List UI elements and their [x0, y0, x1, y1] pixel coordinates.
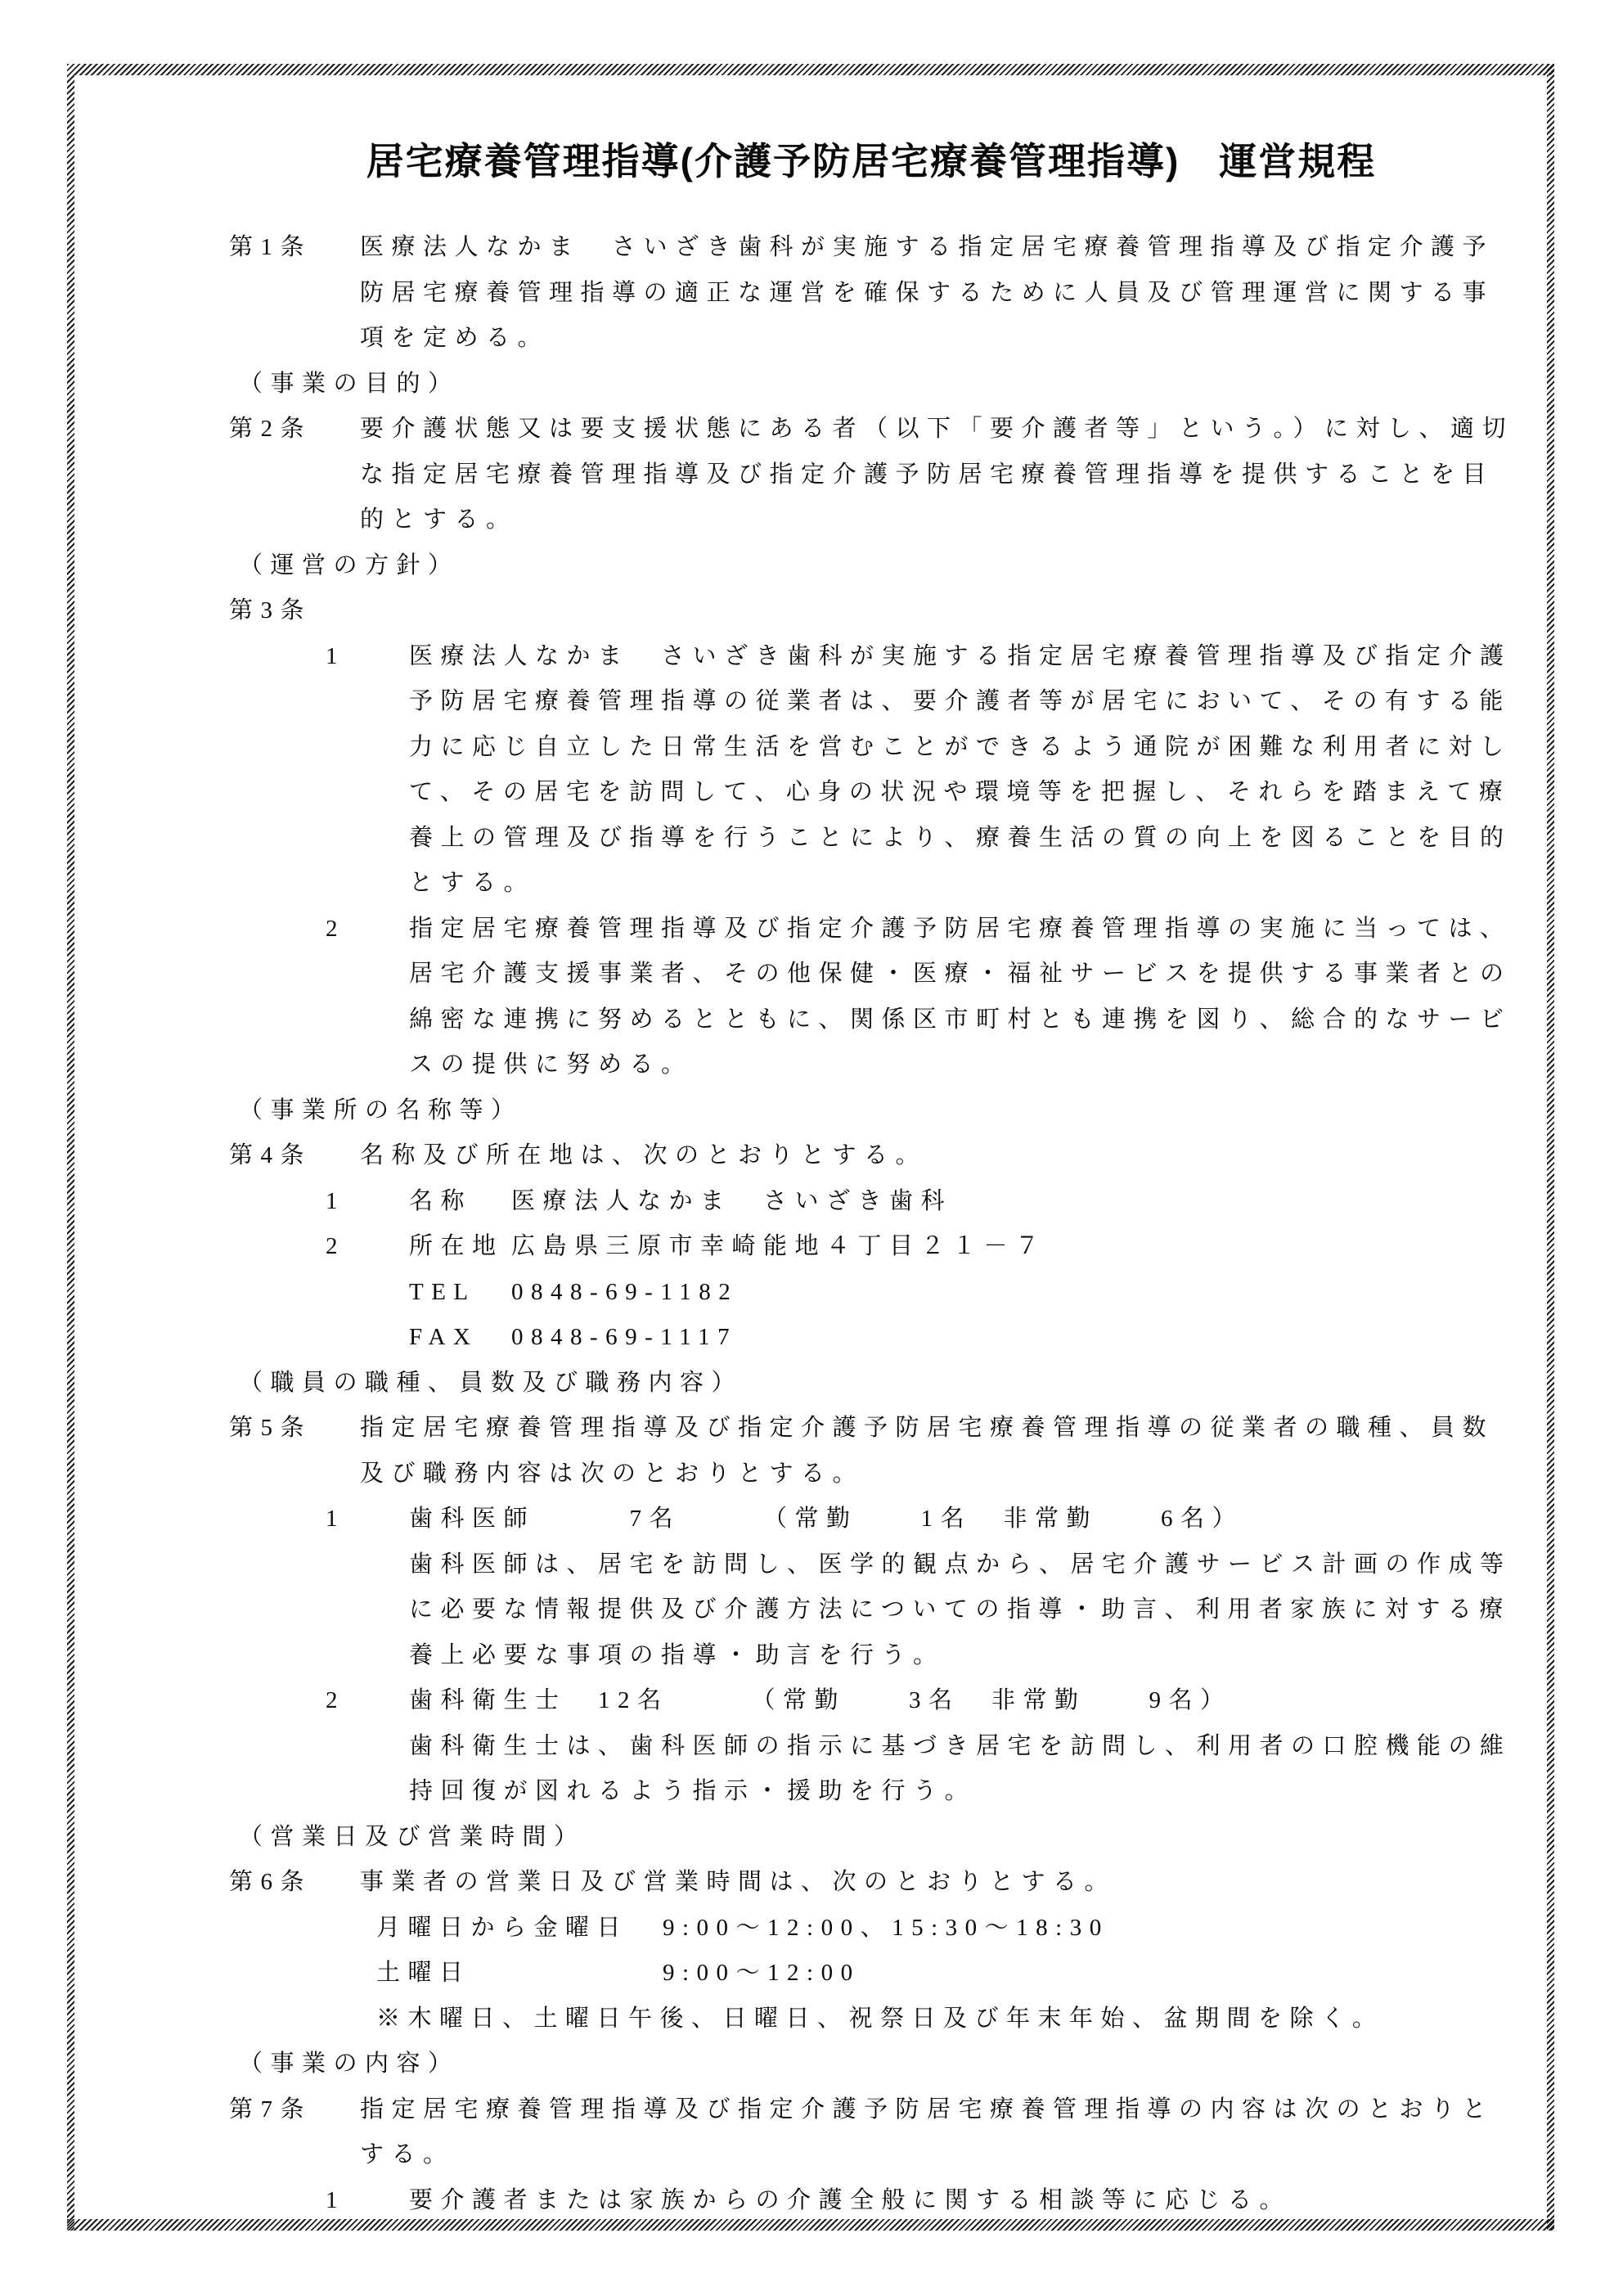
item-body-text: 歯科医師は、居宅を訪問し、医学的観点から、居宅介護サービス計画の作成等に必要な情…	[409, 1551, 1512, 1668]
article-number: 第5条	[229, 1406, 312, 1452]
item-number: 1	[326, 634, 409, 680]
kv-label: TEL	[409, 1270, 511, 1316]
block-item-body: 歯科衛生士は、歯科医師の指示に基づき居宅を訪問し、利用者の口腔機能の維持回復が図…	[229, 1724, 1513, 1815]
page-border-right	[1547, 64, 1554, 2231]
article-text: 医療法人なかま さいざき歯科が実施する指定居宅療養管理指導及び指定介護予防居宅療…	[360, 234, 1494, 351]
block-item-body: 歯科医師は、居宅を訪問し、医学的観点から、居宅介護サービス計画の作成等に必要な情…	[229, 1542, 1513, 1679]
block-article: 第2条要介護状態又は要支援状態にある者（以下「要介護者等」という。）に対し、適切…	[229, 407, 1513, 543]
schedule-hours: 9:00～12:00	[663, 1951, 1513, 1997]
block-item: 2指定居宅療養管理指導及び指定介護予防居宅療養管理指導の実施に当っては、居宅介護…	[229, 907, 1513, 1088]
block-article: 第5条指定居宅療養管理指導及び指定介護予防居宅療養管理指導の従業者の職種、員数及…	[229, 1406, 1513, 1497]
item-number: 1	[326, 1179, 409, 1225]
article-number: 第2条	[229, 407, 312, 452]
page: 居宅療養管理指導(介護予防居宅療養管理指導) 運営規程 第1条医療法人なかま さ…	[0, 0, 1623, 2296]
schedule-day-label: 月曜日から金曜日	[376, 1906, 663, 1952]
item-text: 要介護者または家族からの介護全般に関する相談等に応じる。	[409, 2178, 1513, 2224]
kv-label: 所在地	[409, 1224, 511, 1270]
article-number: 第6条	[229, 1860, 312, 1906]
page-border-left	[67, 64, 74, 2231]
block-note: ※木曜日、土曜日午後、日曜日、祝祭日及び年末年始、盆期間を除く。	[229, 1997, 1513, 2042]
block-heading: （事業所の名称等）	[229, 1088, 1513, 1134]
article-text: 名称及び所在地は、次のとおりとする。	[360, 1142, 927, 1168]
block-kv: FAX0848-69-1117	[229, 1315, 1513, 1361]
item-text: 歯科衛生士 12名 （常勤 3名 非常勤 9名）	[409, 1678, 1513, 1724]
section-heading-text: （事業の内容）	[239, 2051, 460, 2077]
item-number: 1	[326, 1497, 409, 1542]
block-kv: 2所在地広島県三原市幸崎能地４丁目２１－７	[229, 1224, 1513, 1270]
document-title: 居宅療養管理指導(介護予防居宅療養管理指導) 運営規程	[229, 138, 1513, 184]
block-heading: （事業の内容）	[229, 2042, 1513, 2087]
article-text: 要介護状態又は要支援状態にある者（以下「要介護者等」という。）に対し、適切な指定…	[360, 416, 1513, 533]
document-body: 第1条医療法人なかま さいざき歯科が実施する指定居宅療養管理指導及び指定介護予防…	[229, 225, 1513, 2223]
item-number: 2	[326, 1678, 409, 1724]
kv-value: 広島県三原市幸崎能地４丁目２１－７	[511, 1224, 1513, 1270]
block-item: 1歯科医師 7名 （常勤 1名 非常勤 6名）	[229, 1497, 1513, 1542]
section-heading-text: （事業所の名称等）	[239, 1097, 523, 1123]
block-kv: TEL0848-69-1182	[229, 1270, 1513, 1316]
item-number: 1	[326, 2178, 409, 2224]
block-item: 1医療法人なかま さいざき歯科が実施する指定居宅療養管理指導及び指定介護予防居宅…	[229, 634, 1513, 907]
section-heading-text: （運営の方針）	[239, 552, 460, 579]
block-schedule: 月曜日から金曜日9:00～12:00、15:30～18:30	[229, 1906, 1513, 1952]
article-text: 指定居宅療養管理指導及び指定介護予防居宅療養管理指導の内容は次のとおりとする。	[360, 2096, 1494, 2168]
block-heading: （職員の職種、員数及び職務内容）	[229, 1361, 1513, 1407]
block-schedule: 土曜日9:00～12:00	[229, 1951, 1513, 1997]
block-item: 2歯科衛生士 12名 （常勤 3名 非常勤 9名）	[229, 1678, 1513, 1724]
page-border-top	[67, 64, 1554, 75]
block-article: 第4条名称及び所在地は、次のとおりとする。	[229, 1133, 1513, 1179]
kv-value: 医療法人なかま さいざき歯科	[511, 1179, 1513, 1225]
schedule-day-label: 土曜日	[376, 1951, 663, 1997]
block-heading: （運営の方針）	[229, 543, 1513, 589]
section-heading-text: （事業の目的）	[239, 371, 460, 397]
block-article: 第7条指定居宅療養管理指導及び指定介護予防居宅療養管理指導の内容は次のとおりとす…	[229, 2087, 1513, 2178]
kv-label: 名称	[409, 1179, 511, 1225]
block-article: 第6条事業者の営業日及び営業時間は、次のとおりとする。	[229, 1860, 1513, 1906]
article-text: 指定居宅療養管理指導及び指定介護予防居宅療養管理指導の従業者の職種、員数及び職務…	[360, 1415, 1494, 1487]
item-text: 医療法人なかま さいざき歯科が実施する指定居宅療養管理指導及び指定介護予防居宅療…	[409, 634, 1513, 907]
block-kv: 1名称医療法人なかま さいざき歯科	[229, 1179, 1513, 1225]
article-number: 第4条	[229, 1133, 312, 1179]
item-text: 歯科医師 7名 （常勤 1名 非常勤 6名）	[409, 1497, 1513, 1542]
kv-label: FAX	[409, 1315, 511, 1361]
note-text: ※木曜日、土曜日午後、日曜日、祝祭日及び年末年始、盆期間を除く。	[376, 2006, 1383, 2032]
block-article: 第1条医療法人なかま さいざき歯科が実施する指定居宅療養管理指導及び指定介護予防…	[229, 225, 1513, 362]
block-heading: （営業日及び営業時間）	[229, 1815, 1513, 1861]
article-number: 第3条	[229, 588, 312, 634]
item-body-text: 歯科衛生士は、歯科医師の指示に基づき居宅を訪問し、利用者の口腔機能の維持回復が図…	[409, 1733, 1512, 1805]
item-number: 2	[326, 907, 409, 952]
schedule-hours: 9:00～12:00、15:30～18:30	[663, 1906, 1513, 1952]
block-heading: （事業の目的）	[229, 362, 1513, 407]
section-heading-text: （営業日及び営業時間）	[239, 1824, 586, 1850]
item-number: 2	[326, 1224, 409, 1270]
block-item: 1要介護者または家族からの介護全般に関する相談等に応じる。	[229, 2178, 1513, 2224]
article-text: 事業者の営業日及び営業時間は、次のとおりとする。	[360, 1869, 1116, 1895]
item-text: 指定居宅療養管理指導及び指定介護予防居宅療養管理指導の実施に当っては、居宅介護支…	[409, 907, 1513, 1088]
kv-value: 0848-69-1182	[511, 1270, 1513, 1316]
article-number: 第1条	[229, 225, 312, 271]
article-number: 第7条	[229, 2087, 312, 2133]
section-heading-text: （職員の職種、員数及び職務内容）	[239, 1370, 743, 1396]
document-content: 居宅療養管理指導(介護予防居宅療養管理指導) 運営規程 第1条医療法人なかま さ…	[229, 75, 1513, 2223]
block-article: 第3条	[229, 588, 1513, 634]
kv-value: 0848-69-1117	[511, 1315, 1513, 1361]
